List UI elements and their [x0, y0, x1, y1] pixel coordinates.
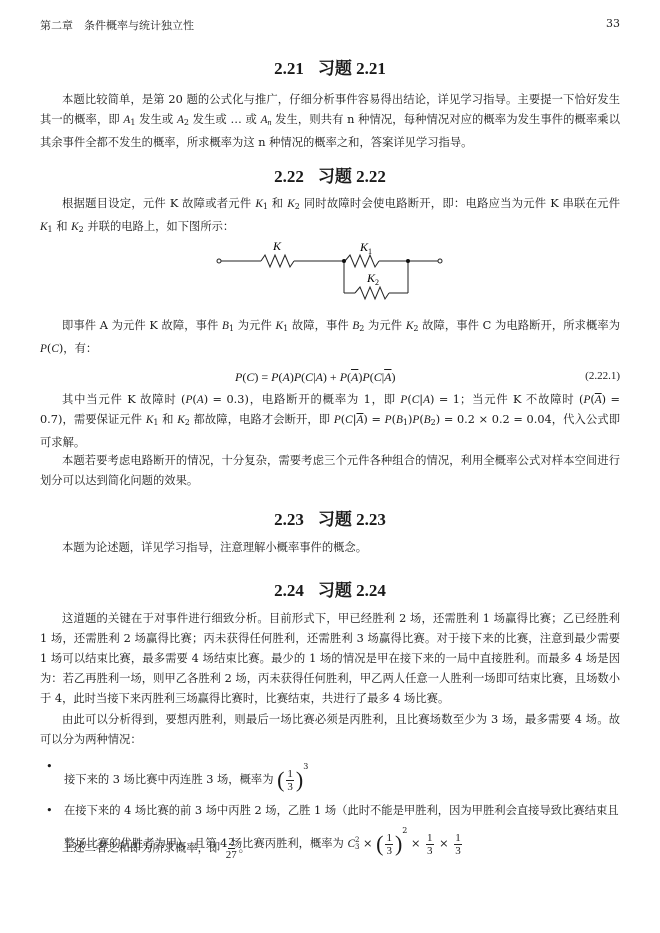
section-heading-2-23: 2.23习题 2.23: [40, 505, 620, 530]
section-title: 习题 2.22: [318, 167, 386, 186]
paragraph-2-21: 本题比较简单，是第 20 题的公式化与推广，仔细分析事件容易得出结论，详见学习指…: [40, 90, 620, 153]
paragraph-2-22-intro: 根据题目设定，元件 K 故障或者元件 K1 和 K2 同时故障时会使电路断开，即…: [40, 194, 620, 240]
section-heading-2-22: 2.22习题 2.22: [40, 162, 620, 187]
svg-text:K1: K1: [359, 240, 372, 256]
section-heading-2-21: 2.21习题 2.21: [40, 54, 620, 79]
equation-number: (2.22.1): [585, 370, 620, 382]
section-number: 2.21: [274, 59, 304, 78]
section-title: 习题 2.24: [318, 581, 386, 600]
answer-numerator: 2: [228, 836, 236, 849]
answer-fraction: 227: [226, 836, 237, 861]
section-number: 2.23: [274, 510, 304, 529]
section-number: 2.24: [274, 581, 304, 600]
section-number: 2.22: [274, 167, 304, 186]
section-title: 习题 2.21: [318, 59, 386, 78]
fraction-one-third: 13: [286, 768, 294, 793]
svg-text:K2: K2: [366, 271, 379, 287]
paragraph-2-23: 本题为论述题，详见学习指导，注意理解小概率事件的概念。: [40, 538, 620, 558]
section-title: 习题 2.23: [318, 510, 386, 529]
chapter-title: 第二章 条件概率与统计独立性: [40, 17, 194, 33]
paragraph-2-22-note: 本题若要考虑电路断开的情况，十分复杂，需要考虑三个元件各种组合的情况，利用全概率…: [40, 451, 620, 491]
circuit-diagram: K K1 K2: [215, 238, 455, 302]
case-item-1: • 接下来的 3 场比赛中丙连胜 3 场，概率为 (13)3: [40, 752, 620, 795]
paragraph-2-22-events: 即事件 A 为元件 K 故障，事件 B1 为元件 K1 故障，事件 B2 为元件…: [40, 316, 620, 359]
svg-text:K: K: [272, 239, 282, 253]
equation-body: P(C) = P(A)P(C|A) + P(A)P(C|A): [235, 370, 395, 385]
answer-denominator: 27: [226, 849, 237, 861]
bullet-icon: •: [46, 752, 53, 782]
paragraph-2-24-analysis: 这道题的关键在于对事件进行细致分析。目前形式下，甲已经胜利 2 场，还需胜利 1…: [40, 609, 620, 709]
conclusion-text: 上述二者之和即为所求概率，即: [62, 842, 220, 855]
case-text: 接下来的 3 场比赛中丙连胜 3 场，概率为: [64, 773, 274, 786]
page-number: 33: [606, 17, 620, 33]
bullet-icon: •: [46, 801, 53, 821]
section-heading-2-24: 2.24习题 2.24: [40, 576, 620, 601]
running-header: 第二章 条件概率与统计独立性 33: [40, 17, 620, 33]
paragraph-2-24-cases: 由此可以分析得到，要想丙胜利，则最后一场比赛必须是丙胜利，且比赛场数至少为 3 …: [40, 710, 620, 750]
paragraph-2-22-explanation: 其中当元件 K 故障时 (P(A) = 0.3)，电路断开的概率为 1，即 P(…: [40, 390, 620, 453]
paragraph-2-24-conclusion: 上述二者之和即为所求概率，即 227。: [40, 836, 620, 861]
